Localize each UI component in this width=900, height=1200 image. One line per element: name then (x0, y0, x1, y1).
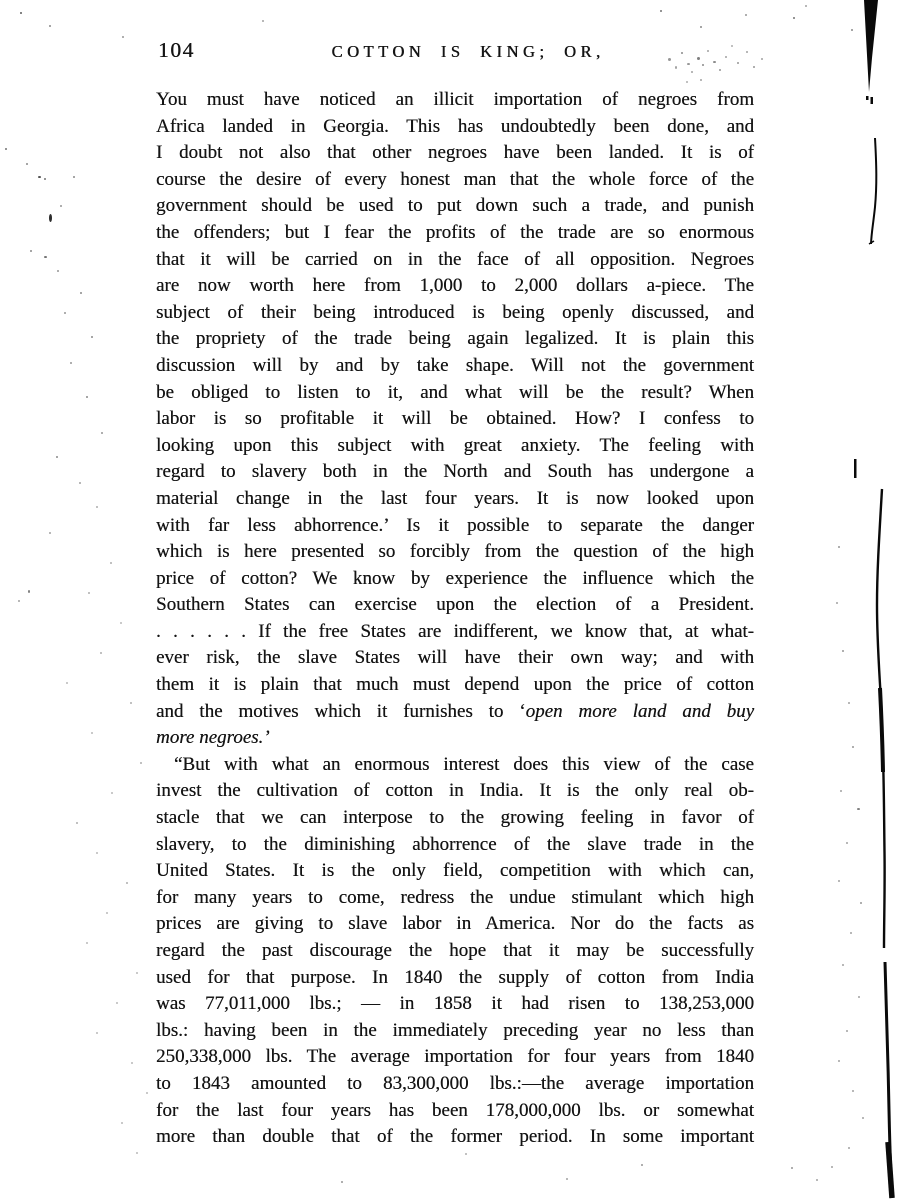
binding-dot-artifact (871, 97, 874, 104)
scan-speck (88, 592, 90, 594)
text-line: them it is plain that much must depend u… (156, 672, 754, 699)
text-line: for the last four years has been 178,000… (156, 1098, 754, 1125)
scan-speck (838, 880, 840, 882)
scan-speck (745, 14, 747, 16)
text-segment: them it is plain that much must depend u… (156, 674, 754, 695)
scan-speck (850, 932, 852, 934)
scan-speck (465, 1153, 467, 1155)
text-segment: government should be used to put down su… (156, 195, 754, 216)
scan-speck (836, 602, 838, 604)
scan-speck (860, 902, 862, 904)
text-segment: are now worth here from 1,000 to 2,000 d… (156, 275, 754, 296)
binding-hook-artifact (869, 241, 874, 244)
text-segment: used for that purpose. In 1840 the suppl… (156, 967, 754, 988)
scan-speck (73, 176, 75, 178)
scan-speck (862, 1117, 864, 1119)
running-title: COTTON IS KING; OR, (156, 42, 754, 62)
scan-speck (49, 532, 51, 534)
scan-speck (64, 312, 66, 314)
text-segment: be obliged to listen to it, and what wil… (156, 382, 754, 403)
scan-speck (86, 396, 88, 398)
text-segment: ever risk, the slave States will have th… (156, 647, 754, 668)
text-segment: course the desire of every honest man th… (156, 169, 754, 190)
text-line: invest the cultivation of cotton in Indi… (156, 778, 754, 805)
scan-speck (852, 746, 854, 748)
text-line: and the motives which it furnishes to ‘o… (156, 699, 754, 726)
scan-speck (86, 942, 88, 944)
scan-speck (660, 10, 662, 12)
text-line: slavery, to the diminishing abhorrence o… (156, 832, 754, 859)
scan-speck (56, 456, 58, 458)
text-segment: for many years to come, redress the undu… (156, 887, 754, 908)
scan-speck (136, 1152, 138, 1154)
text-line: more than double that of the former peri… (156, 1124, 754, 1151)
text-segment: regard to slavery both in the North and … (156, 461, 754, 482)
scan-speck (70, 362, 72, 364)
binding-dot-artifact (866, 96, 869, 100)
text-segment: was 77,011,000 lbs.; — in 1858 it had ri… (156, 993, 754, 1014)
scan-speck (110, 562, 112, 564)
text-segment: more than double that of the former peri… (156, 1126, 754, 1147)
text-line: government should be used to put down su… (156, 193, 754, 220)
text-line: labor is so profitable it will be obtain… (156, 406, 754, 433)
scan-speck (140, 762, 142, 764)
text-segment: 250,338,000 lbs. The average importation… (156, 1046, 754, 1067)
text-segment: discussion will by and by take shape. Wi… (156, 355, 754, 376)
scan-speck (122, 36, 124, 38)
text-line: looking upon this subject with great anx… (156, 433, 754, 460)
scan-speck (96, 852, 98, 854)
text-segment: to 1843 amounted to 83,300,000 lbs.:—the… (156, 1073, 754, 1094)
text-line: Southern States can exercise upon the el… (156, 592, 754, 619)
scan-speck (700, 79, 702, 81)
text-segment: Southern States can exercise upon the el… (156, 594, 754, 615)
text-segment: with far less abhorrence.’ Is it possibl… (156, 515, 754, 536)
text-segment: invest the cultivation of cotton in Indi… (156, 780, 754, 801)
text-segment: You must have noticed an illicit importa… (156, 89, 754, 110)
scan-speck (5, 148, 7, 150)
text-line: be obliged to listen to it, and what wil… (156, 380, 754, 407)
text-segment: labor is so profitable it will be obtain… (156, 408, 754, 429)
scan-speck (49, 25, 51, 27)
text-segment: looking upon this subject with great anx… (156, 435, 754, 456)
text-line: Africa landed in Georgia. This has undou… (156, 114, 754, 141)
scan-speck (44, 256, 47, 258)
binding-wedge-artifact (864, 0, 878, 92)
text-segment-italic: open more land and buy (526, 701, 754, 722)
scan-speck (91, 732, 93, 734)
scan-speck (686, 81, 688, 83)
text-line: . . . . . . If the free States are indif… (156, 619, 754, 646)
text-line: which is here presented so forcibly from… (156, 539, 754, 566)
scan-speck (691, 71, 693, 73)
text-line: with far less abhorrence.’ Is it possibl… (156, 513, 754, 540)
text-line: course the desire of every honest man th… (156, 167, 754, 194)
scan-speck (130, 702, 132, 704)
text-line: prices are giving to slave labor in Amer… (156, 911, 754, 938)
scan-speck (60, 205, 62, 207)
scan-speck (846, 1030, 848, 1032)
scan-speck (566, 1178, 568, 1180)
scan-speck (18, 600, 20, 602)
text-segment: for the last four years has been 178,000… (156, 1100, 754, 1121)
text-segment: slavery, to the diminishing abhorrence o… (156, 834, 754, 855)
scan-speck (38, 176, 41, 178)
binding-curve-bottom-blob-artifact (888, 1142, 892, 1198)
text-segment: the offenders; but I fear the profits of… (156, 222, 754, 243)
text-line: to 1843 amounted to 83,300,000 lbs.:—the… (156, 1071, 754, 1098)
text-line: for many years to come, redress the undu… (156, 885, 754, 912)
text-segment-italic: more negroes.’ (156, 727, 270, 748)
text-line: regard the past discourage the hope that… (156, 938, 754, 965)
text-line: more negroes.’ (156, 725, 754, 752)
scan-speck (30, 250, 32, 252)
text-segment: material change in the last four years. … (156, 488, 754, 509)
text-line: the offenders; but I fear the profits of… (156, 220, 754, 247)
scan-speck (96, 1032, 98, 1034)
page-header: 104 COTTON IS KING; OR, (156, 40, 754, 68)
text-line: the propriety of the trade being again l… (156, 326, 754, 353)
scan-speck (26, 163, 28, 165)
scan-speck (57, 270, 59, 272)
scan-speck (641, 1164, 643, 1166)
text-segment: regard the past discourage the hope that… (156, 940, 754, 961)
scan-speck (100, 652, 102, 654)
text-segment: I doubt not also that other negroes have… (156, 142, 754, 163)
text-line: subject of their being introduced is bei… (156, 300, 754, 327)
scan-speck (106, 912, 108, 914)
scan-speck (852, 1090, 854, 1092)
text-segment: “But with what an enormous interest does… (174, 754, 754, 775)
text-line: “But with what an enormous interest does… (156, 752, 754, 779)
text-segment: lbs.: having been in the immediately pre… (156, 1020, 754, 1041)
text-segment: and the motives which it furnishes to ‘ (156, 701, 526, 722)
scan-speck (846, 842, 848, 844)
text-segment: Africa landed in Georgia. This has undou… (156, 116, 754, 137)
scan-speck (49, 214, 52, 222)
scan-speck (793, 17, 795, 19)
scan-speck (131, 1062, 133, 1064)
scan-speck (842, 650, 844, 652)
text-line: discussion will by and by take shape. Wi… (156, 353, 754, 380)
scan-speck (101, 432, 103, 434)
text-line: regard to slavery both in the North and … (156, 459, 754, 486)
binding-curve-upper-artifact (877, 489, 885, 948)
scan-speck (44, 178, 46, 180)
scan-speck (126, 882, 128, 884)
scan-speck (146, 1092, 148, 1094)
text-segment: stacle that we can interpose to the grow… (156, 807, 754, 828)
text-segment: subject of their being introduced is bei… (156, 302, 754, 323)
text-segment: prices are giving to slave labor in Amer… (156, 913, 754, 934)
scan-speck (116, 1002, 118, 1004)
text-line: are now worth here from 1,000 to 2,000 d… (156, 273, 754, 300)
scan-speck (120, 622, 122, 624)
scan-speck (80, 292, 82, 294)
text-line: used for that purpose. In 1840 the suppl… (156, 965, 754, 992)
text-segment: . . . . . . If the free States are indif… (156, 621, 754, 642)
scan-speck (262, 20, 264, 22)
text-line: United States. It is the only field, com… (156, 858, 754, 885)
scan-speck (136, 972, 138, 974)
scan-speck (111, 792, 113, 794)
text-segment: the propriety of the trade being again l… (156, 328, 754, 349)
text-line: ever risk, the slave States will have th… (156, 645, 754, 672)
text-segment: that it will be carried on in the face o… (156, 249, 754, 270)
text-line: You must have noticed an illicit importa… (156, 87, 754, 114)
scan-speck (66, 682, 68, 684)
binding-curve-thick-artifact (880, 688, 883, 772)
scan-speck (761, 58, 763, 60)
text-segment: United States. It is the only field, com… (156, 860, 754, 881)
scan-speck (851, 29, 853, 31)
scan-speck (842, 964, 844, 966)
binding-curve-lower-artifact (885, 962, 892, 1198)
scan-speck (838, 546, 840, 548)
scan-speck (840, 790, 842, 792)
book-page: 104 COTTON IS KING; OR, You must have no… (0, 0, 900, 1200)
text-line: price of cotton? We know by experience t… (156, 566, 754, 593)
scan-speck (791, 1167, 793, 1169)
text-line: 250,338,000 lbs. The average importation… (156, 1044, 754, 1071)
scan-speck (848, 702, 850, 704)
text-line: I doubt not also that other negroes have… (156, 140, 754, 167)
scan-speck (341, 1181, 343, 1183)
scan-speck (838, 1060, 840, 1062)
margin-dash-artifact (854, 459, 857, 478)
binding-line-upper-artifact (871, 138, 876, 244)
scan-speck (20, 12, 22, 14)
text-segment: which is here presented so forcibly from… (156, 541, 754, 562)
scan-speck (91, 336, 93, 338)
scan-speck (79, 482, 81, 484)
scan-speck (700, 26, 702, 28)
text-line: that it will be carried on in the face o… (156, 247, 754, 274)
text-line: was 77,011,000 lbs.; — in 1858 it had ri… (156, 991, 754, 1018)
scan-speck (848, 1147, 850, 1149)
scan-speck (121, 1122, 123, 1124)
scan-speck (96, 506, 98, 508)
text-line: stacle that we can interpose to the grow… (156, 805, 754, 832)
text-segment: price of cotton? We know by experience t… (156, 568, 754, 589)
text-line: material change in the last four years. … (156, 486, 754, 513)
scan-speck (76, 822, 78, 824)
scan-speck (805, 5, 807, 7)
scan-speck (831, 1166, 833, 1168)
scan-speck (719, 69, 721, 71)
scan-speck (857, 808, 860, 810)
text-block: You must have noticed an illicit importa… (156, 87, 754, 1151)
scan-speck (816, 1179, 818, 1181)
text-line: lbs.: having been in the immediately pre… (156, 1018, 754, 1045)
scan-speck (858, 996, 860, 998)
scan-speck (28, 590, 30, 593)
